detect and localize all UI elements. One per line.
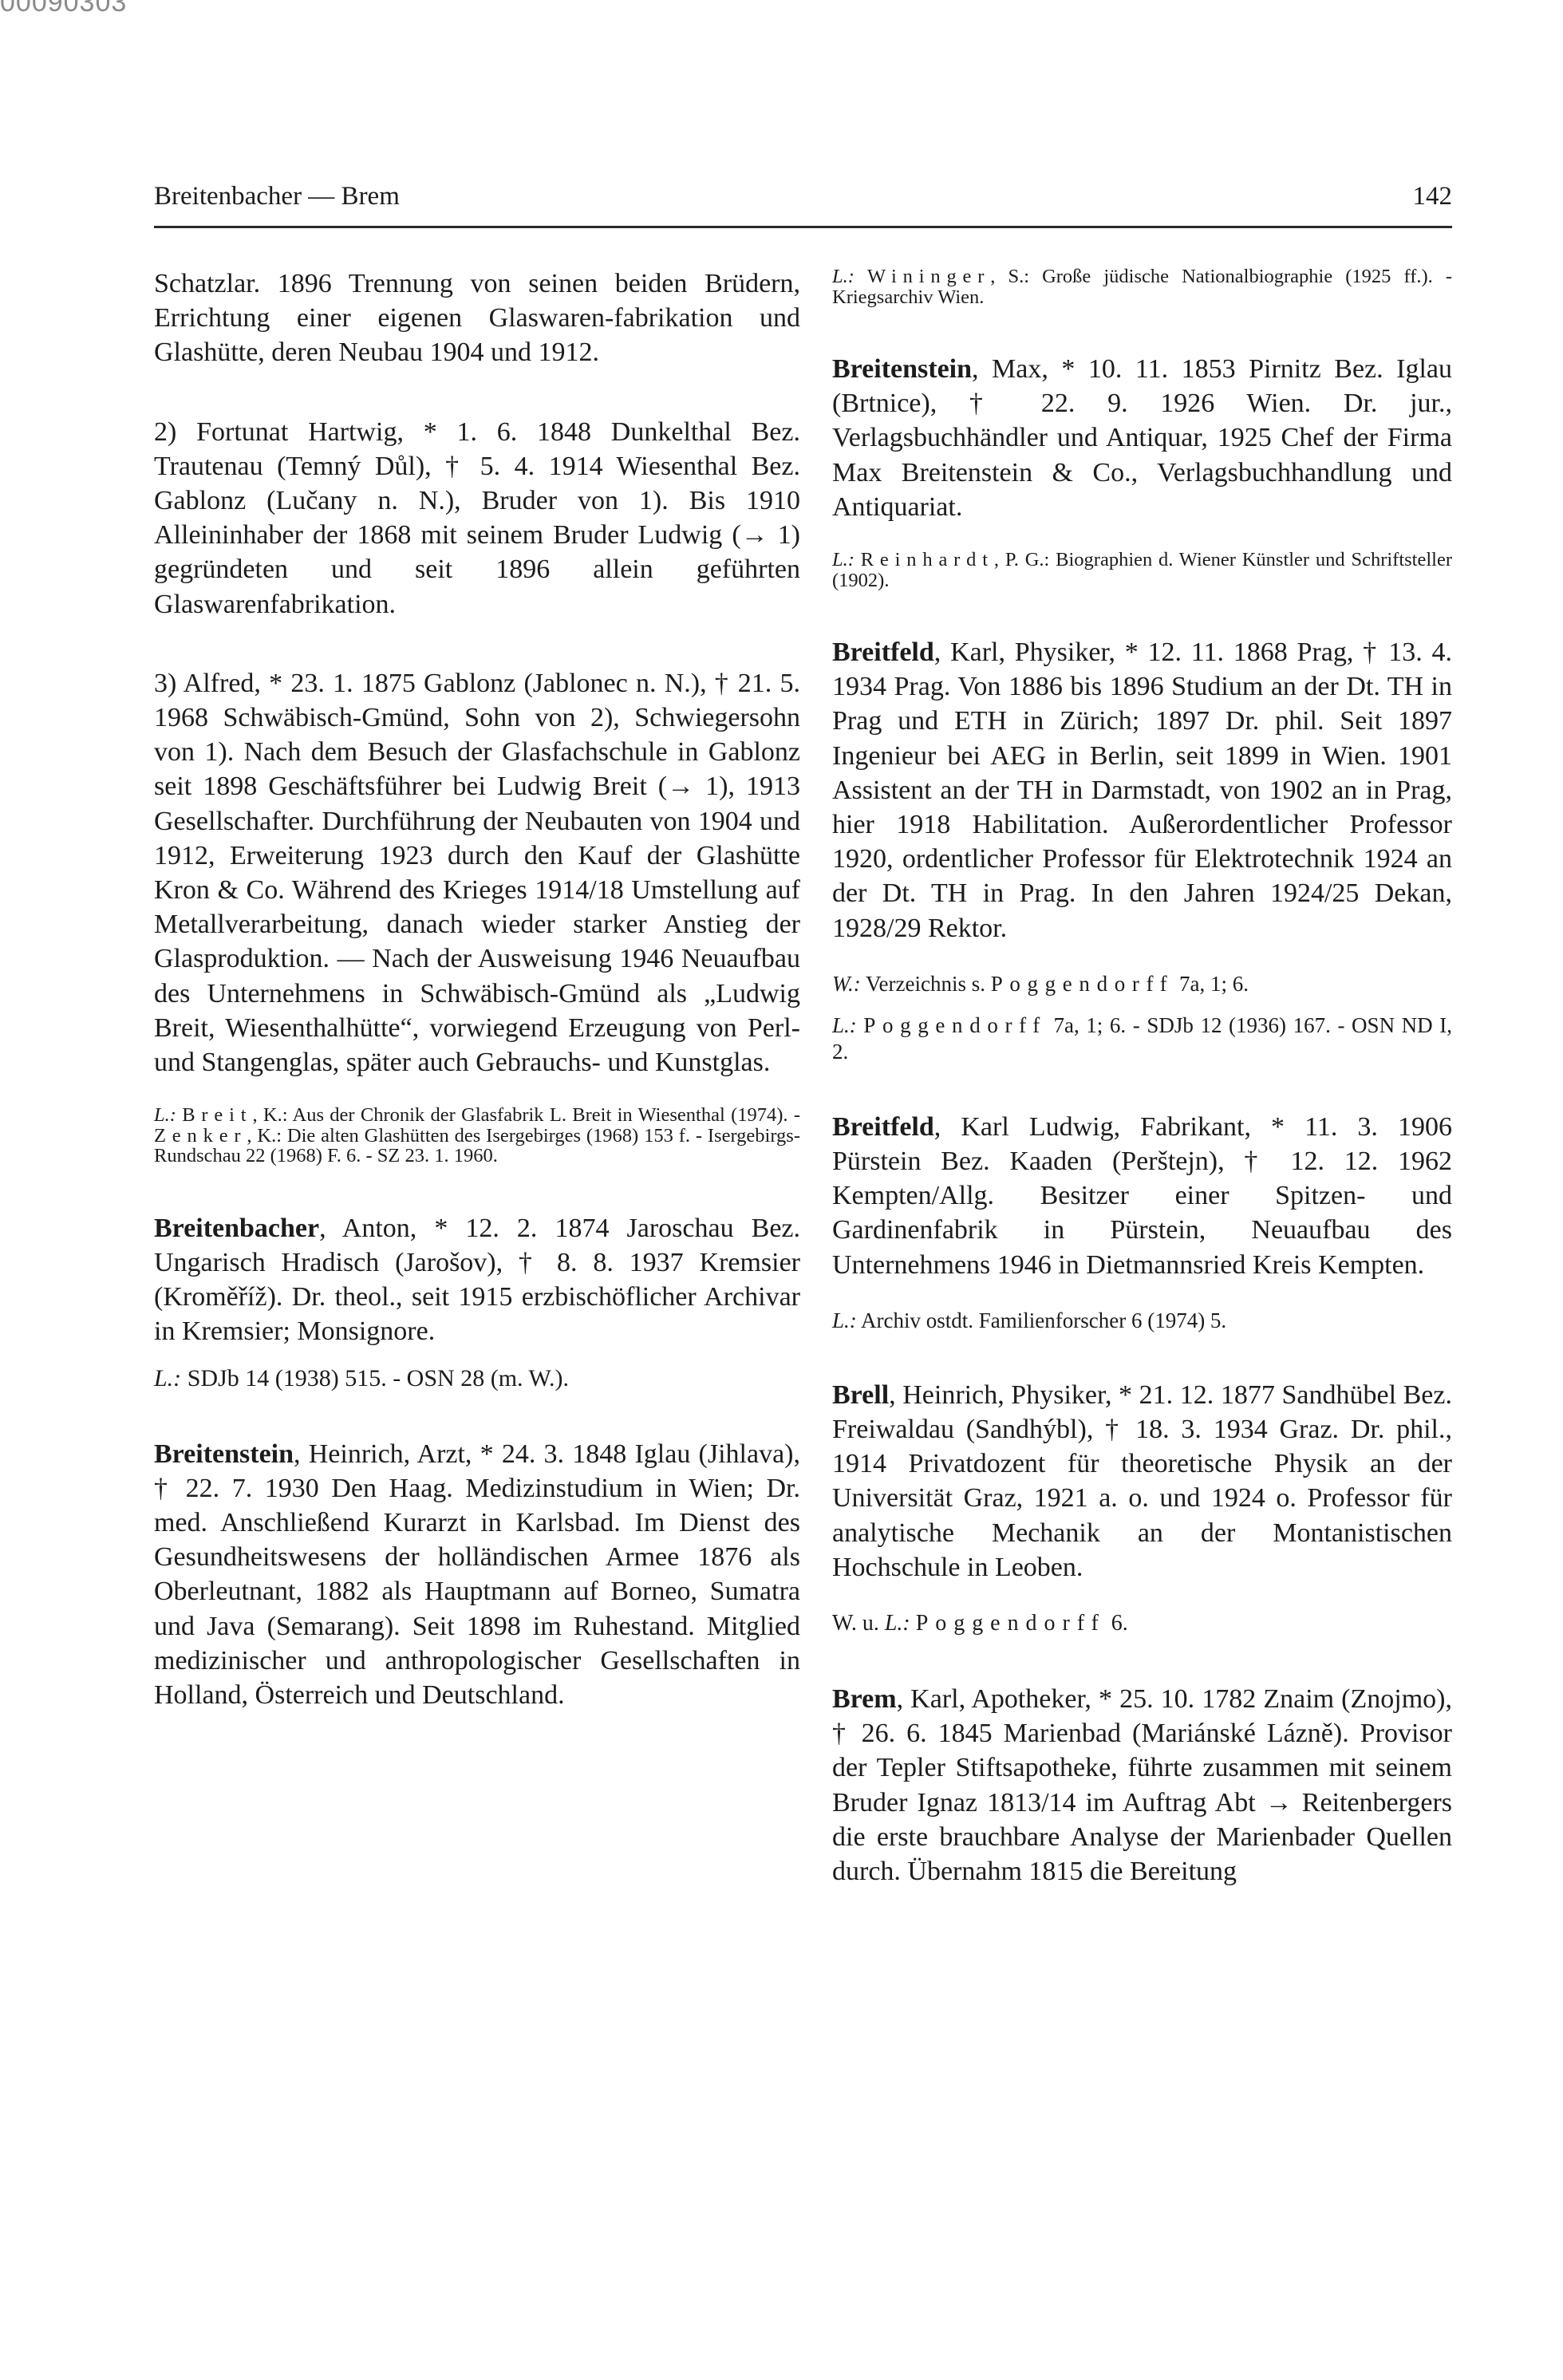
lemma: Breitfeld [832,637,934,667]
lemma: Breitfeld [832,1112,934,1142]
header-rule [154,226,1452,228]
ref-label: L.: [885,1611,910,1636]
ref-author: Wininger [867,266,990,287]
scan-id: 00090303 [0,0,127,18]
lemma: Breitenbacher [154,1214,319,1243]
ref-text: , K.: Die alten Glashütten des Isergebir… [154,1125,800,1167]
entry-breitenbacher: Breitenbacher, Anton, * 12. 2. 1874 Jaro… [154,1211,800,1349]
entry-breitenstein-heinrich: Breitenstein, Heinrich, Arzt, * 24. 3. 1… [154,1437,800,1713]
lemma: Breitenstein [832,354,972,384]
breitfeld-karl-references: L.: Poggendorff 7a, 1; 6. - SDJb 12 (193… [832,1012,1452,1065]
entry-breit-3: 3) Alfred, * 23. 1. 1875 Gablonz (Jablon… [154,666,800,1079]
ref-author: Breit [182,1104,252,1126]
works-label: W.: [832,972,861,996]
ref-text: 6. [1106,1611,1128,1636]
ref-label: L.: [154,1365,181,1391]
entry-breit-2: 2) Fortunat Hartwig, * 1. 6. 1848 Dunkel… [154,415,800,622]
works-text: 7a, 1; 6. [1174,972,1249,996]
breit-references: L.: Breit, K.: Aus der Chronik der Glasf… [154,1105,800,1166]
ref-text: Archiv ostdt. Familienforscher 6 (1974) … [857,1308,1226,1332]
left-column: Schatzlar. 1896 Trennung von seinen beid… [154,266,800,1712]
breitfeld-karl-ludwig-references: L.: Archiv ostdt. Familienforscher 6 (19… [832,1308,1452,1333]
ref-text: , K.: Aus der Chronik der Glasfabrik L. … [252,1104,800,1126]
ref-author: Poggendorff [863,1013,1047,1037]
works-text: Verzeichnis s. [861,972,991,996]
running-head-title: Breitenbacher — Brem [154,180,400,212]
entry-text: , Heinrich, Arzt, * 24. 3. 1848 Iglau (J… [154,1439,800,1710]
lemma: Brell [832,1380,889,1410]
breitenstein-max-references: L.: Reinhardt, P. G.: Biographien d. Wie… [832,550,1452,590]
ref-label: L.: [832,1013,857,1037]
ref-label: L.: [832,549,855,570]
ref-label: L.: [832,266,855,287]
running-head: Breitenbacher — Brem 142 [154,180,1452,212]
breitfeld-karl-works: W.: Verzeichnis s. Poggendorff 7a, 1; 6. [832,971,1452,997]
ref-label: L.: [154,1104,176,1126]
entry-brell: Brell, Heinrich, Physiker, * 21. 12. 187… [832,1378,1452,1585]
ref-author: Zenker [154,1125,247,1147]
continued-paragraph: Schatzlar. 1896 Trennung von seinen beid… [154,266,800,370]
right-column: L.: Wininger, S.: Große jüdische Nationa… [832,266,1452,1889]
works-author: Poggendorff [991,972,1174,996]
prev-entry-references: L.: Wininger, S.: Große jüdische Nationa… [832,266,1452,307]
lemma: Breitenstein [154,1439,294,1469]
ref-author: Poggendorff [916,1611,1106,1636]
entry-text: , Heinrich, Physiker, * 21. 12. 1877 San… [832,1380,1452,1582]
entry-brem: Brem, Karl, Apotheker, * 25. 10. 1782 Zn… [832,1682,1452,1889]
ref-label: L.: [832,1308,857,1332]
entry-text: , Karl, Physiker, * 12. 11. 1868 Prag, †… [832,637,1452,943]
entry-text: , Karl, Apotheker, * 25. 10. 1782 Znaim … [832,1684,1452,1886]
breitenbacher-references: L.: SDJb 14 (1938) 515. - OSN 28 (m. W.)… [154,1365,800,1392]
entry-breitfeld-karl-ludwig: Breitfeld, Karl Ludwig, Fabrikant, * 11.… [832,1110,1452,1282]
lemma: Brem [832,1684,897,1714]
ref-author: Reinhardt [861,549,994,570]
ref-label-w: W. u. [832,1611,879,1636]
entry-breitenstein-max: Breitenstein, Max, * 10. 11. 1853 Pirnit… [832,352,1452,524]
brell-references: W. u. L.: Poggendorff 6. [832,1610,1452,1637]
page-number: 142 [1413,180,1453,212]
entry-breitfeld-karl: Breitfeld, Karl, Physiker, * 12. 11. 186… [832,635,1452,945]
ref-text: SDJb 14 (1938) 515. - OSN 28 (m. W.). [181,1365,569,1391]
